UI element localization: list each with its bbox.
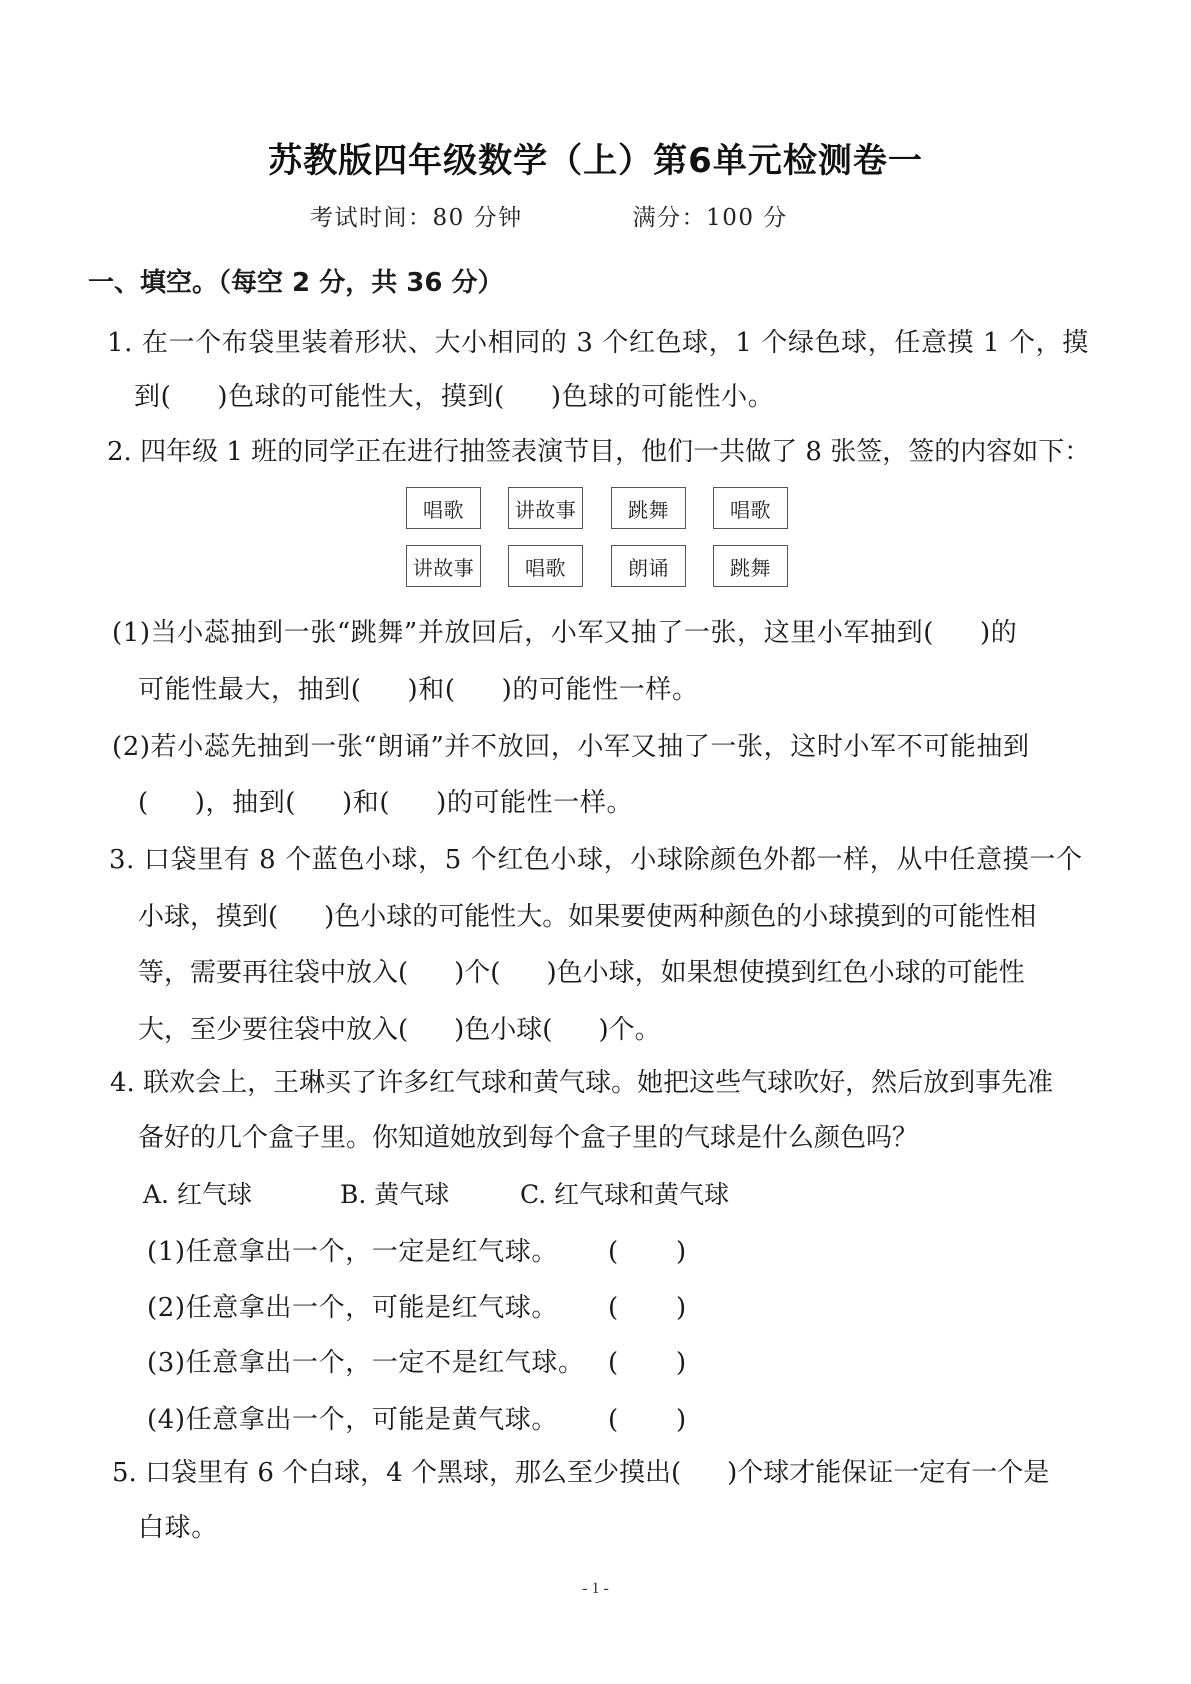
question-1-line-2: 到()色球的可能性大，摸到()色球的可能性小。: [134, 380, 774, 414]
text: )个球才能保证一定有一个是: [727, 1458, 1049, 1488]
text: 等，需要再往袋中放入(: [138, 958, 408, 988]
text: )色小球(: [454, 1015, 552, 1045]
answer-paren-close: ): [676, 1235, 686, 1269]
text: 到(: [134, 382, 171, 412]
question-3-line-2: 小球，摸到()色小球的可能性大。如果要使两种颜色的小球摸到的可能性相: [138, 900, 1036, 934]
lottery-card: 跳舞: [713, 545, 788, 587]
option-b: B. 黄气球: [340, 1178, 449, 1212]
lottery-card: 唱歌: [713, 487, 788, 529]
page-number: - 1 -: [0, 1580, 1191, 1598]
exam-time: 考试时间：80 分钟: [310, 205, 523, 231]
question-2-sub-1-line-2: 可能性最大，抽到()和()的可能性一样。: [138, 673, 699, 707]
text: 可能性最大，抽到(: [138, 675, 362, 705]
lottery-card: 朗诵: [611, 545, 686, 587]
question-2-sub-2-line-1: (2)若小蕊先抽到一张“朗诵”并不放回，小军又抽了一张，这时小军不可能抽到: [112, 730, 1030, 764]
text: )和(: [342, 788, 390, 818]
answer-paren-open: (: [608, 1235, 618, 1269]
lottery-card: 讲故事: [508, 487, 583, 529]
answer-paren-close: ): [676, 1346, 686, 1380]
text: )个。: [598, 1015, 660, 1045]
question-2-sub-1-line-1: (1)当小蕊抽到一张“跳舞”并放回后，小军又抽了一张，这里小军抽到()的: [112, 616, 1017, 650]
option-c: C. 红气球和黄气球: [520, 1178, 729, 1212]
text: 小球，摸到(: [138, 902, 278, 932]
exam-info: 考试时间：80 分钟满分：100 分: [310, 203, 788, 233]
text: 大，至少要往袋中放入(: [138, 1015, 408, 1045]
answer-blank[interactable]: [622, 1235, 674, 1269]
question-2-sub-2-line-2: ()，抽到()和()的可能性一样。: [138, 786, 633, 820]
lottery-card: 跳舞: [611, 487, 686, 529]
text: )，抽到(: [195, 788, 296, 818]
question-4-item-2: (2)任意拿出一个，可能是红气球。: [147, 1291, 558, 1325]
text: 5. 口袋里有 6 个白球，4 个黑球，那么至少摸出(: [112, 1458, 681, 1488]
question-3-line-1: 3. 口袋里有 8 个蓝色小球，5 个红色小球，小球除颜色外都一样，从中任意摸一…: [109, 843, 1083, 877]
answer-paren-open: (: [608, 1346, 618, 1380]
exam-page: 苏教版四年级数学（上）第6单元检测卷一 考试时间：80 分钟满分：100 分 一…: [0, 0, 1191, 1684]
text: )色小球的可能性大。如果要使两种颜色的小球摸到的可能性相: [324, 902, 1036, 932]
question-1-line-1: 1. 在一个布袋里装着形状、大小相同的 3 个红色球，1 个绿色球，任意摸 1 …: [107, 326, 1089, 360]
answer-blank[interactable]: [622, 1346, 674, 1380]
question-3-line-4: 大，至少要往袋中放入()色小球()个。: [138, 1013, 661, 1047]
text: )的可能性一样。: [436, 788, 633, 818]
text: )个(: [454, 958, 500, 988]
text: )色球的可能性大，摸到(: [217, 382, 505, 412]
question-4-item-4: (4)任意拿出一个，可能是黄气球。: [147, 1403, 558, 1437]
page-title: 苏教版四年级数学（上）第6单元检测卷一: [0, 140, 1191, 182]
question-2-intro: 2. 四年级 1 班的同学正在进行抽签表演节目，他们一共做了 8 张签，签的内容…: [107, 435, 1090, 469]
answer-paren-close: ): [676, 1403, 686, 1437]
question-4-item-1: (1)任意拿出一个，一定是红气球。: [147, 1235, 558, 1269]
text: )的: [980, 618, 1017, 648]
answer-blank[interactable]: [622, 1291, 674, 1325]
text: (1)当小蕊抽到一张“跳舞”并放回后，小军又抽了一张，这里小军抽到(: [112, 618, 934, 648]
question-3-line-3: 等，需要再往袋中放入()个()色小球，如果想使摸到红色小球的可能性: [138, 956, 1025, 990]
question-4-item-3: (3)任意拿出一个，一定不是红气球。: [147, 1346, 585, 1380]
text: )色球的可能性小。: [551, 382, 775, 412]
answer-paren-open: (: [608, 1291, 618, 1325]
question-4-line-2: 备好的几个盒子里。你知道她放到每个盒子里的气球是什么颜色吗？: [138, 1121, 918, 1155]
answer-paren-open: (: [608, 1403, 618, 1437]
answer-blank[interactable]: [622, 1403, 674, 1437]
answer-paren-close: ): [676, 1291, 686, 1325]
section-heading: 一、填空。（每空 2 分，共 36 分）: [88, 266, 503, 300]
text: )色小球，如果想使摸到红色小球的可能性: [546, 958, 1024, 988]
lottery-card: 唱歌: [508, 545, 583, 587]
lottery-card: 唱歌: [406, 487, 481, 529]
option-a: A. 红气球: [143, 1178, 252, 1212]
lottery-card: 讲故事: [406, 545, 481, 587]
question-5-line-2: 白球。: [138, 1511, 218, 1545]
question-4-line-1: 4. 联欢会上，王琳买了许多红气球和黄气球。她把这些气球吹好，然后放到事先准: [110, 1066, 1053, 1100]
text: )的可能性一样。: [502, 675, 699, 705]
question-5-line-1: 5. 口袋里有 6 个白球，4 个黑球，那么至少摸出()个球才能保证一定有一个是: [112, 1456, 1049, 1490]
text: (: [138, 788, 149, 818]
text: )和(: [408, 675, 456, 705]
full-score: 满分：100 分: [633, 205, 788, 231]
